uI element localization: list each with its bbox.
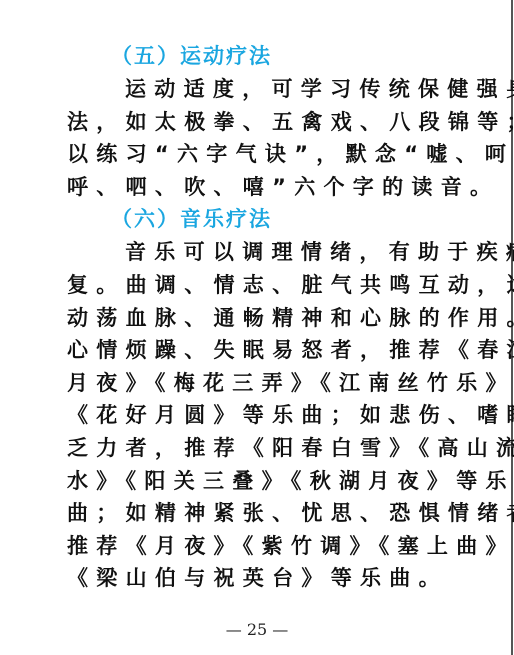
section-heading: （六）音乐疗法: [67, 203, 449, 236]
text-line: 水》《阳关三叠》《秋湖月夜》等乐: [67, 465, 449, 498]
text-line: 运动适度，可学习传统保健强身方: [67, 73, 449, 106]
section-music-therapy: （六）音乐疗法 音乐可以调理情绪，有助于疾病康 复。曲调、情志、脏气共鸣互动，达…: [67, 203, 449, 595]
section-paragraph: 运动适度，可学习传统保健强身方 法，如太极拳、五禽戏、八段锦等；可 以练习“六字…: [67, 73, 449, 203]
section-heading: （五）运动疗法: [67, 40, 449, 73]
text-line: 心情烦躁、失眠易怒者，推荐《春江花: [67, 334, 449, 367]
text-line: 《梁山伯与祝英台》等乐曲。: [67, 562, 449, 595]
text-line: 乏力者，推荐《阳春白雪》《高山流: [67, 432, 449, 465]
text-line: 月夜》《梅花三弄》《江南丝竹乐》: [67, 367, 449, 400]
text-line: 曲；如精神紧张、忧思、恐惧情绪者，: [67, 497, 449, 530]
text-line: 《花好月圆》等乐曲；如悲伤、嗜睡、: [67, 399, 449, 432]
text-line: 法，如太极拳、五禽戏、八段锦等；可: [67, 106, 449, 139]
text-line: 推荐《月夜》《紫竹调》《塞上曲》: [67, 530, 449, 563]
section-paragraph: 音乐可以调理情绪，有助于疾病康 复。曲调、情志、脏气共鸣互动，达到 动荡血脉、通…: [67, 236, 449, 595]
text-line: 呼、呬、吹、嘻”六个字的读音。: [67, 171, 449, 204]
document-page: （五）运动疗法 运动适度，可学习传统保健强身方 法，如太极拳、五禽戏、八段锦等；…: [67, 40, 449, 595]
text-line: 音乐可以调理情绪，有助于疾病康: [67, 236, 449, 269]
text-line: 复。曲调、情志、脏气共鸣互动，达到: [67, 269, 449, 302]
page-number: — 25 —: [0, 620, 514, 639]
section-exercise-therapy: （五）运动疗法 运动适度，可学习传统保健强身方 法，如太极拳、五禽戏、八段锦等；…: [67, 40, 449, 203]
text-line: 动荡血脉、通畅精神和心脉的作用。如: [67, 302, 449, 335]
text-line: 以练习“六字气诀”，默念“嘘、呵、: [67, 138, 449, 171]
